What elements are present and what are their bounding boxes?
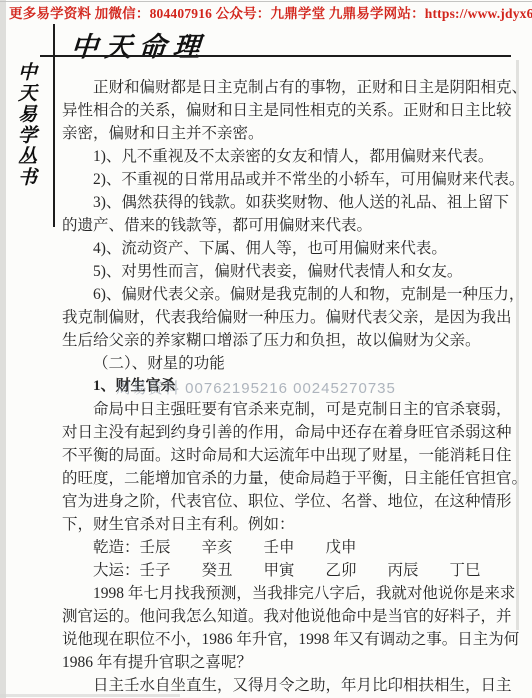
text-line: 1986 年有提升官职之喜呢？ xyxy=(62,651,514,674)
page-header-title: 中天命理 xyxy=(70,25,209,64)
sidebar-divider-rule xyxy=(53,24,55,227)
scan-edge-top xyxy=(0,1,532,2)
book-series-title: 中天易学丛书 xyxy=(12,62,39,207)
text-line: （二）、财星的功能 xyxy=(62,352,514,375)
text-line: 的遗产、借来的钱款等，都可用偏财来代表。 xyxy=(62,214,514,237)
text-line: 命局中日主强旺要有官杀来克制，可是克制日主的官杀衰弱， xyxy=(62,398,514,421)
text-line: 不平衡的局面。这时命局和大运流年中出现了财星，一能消耗日住 xyxy=(62,444,514,467)
text-line: 测官运的。他问我怎么知道。我对他说他命中是当官的好料子，并 xyxy=(62,605,514,628)
promo-banner: 更多易学资料 加微信：804407916 公众号：九鼎学堂 九鼎易学网站：htt… xyxy=(9,5,529,22)
text-line: 官为进身之阶，代表官位、职位、学位、名誉、地位，在这种情形 xyxy=(62,490,514,513)
text-line: 对日主没有起到约身引善的作用，命局中还存在着身旺官杀弱这种 xyxy=(62,421,514,444)
text-line: 乾造：壬辰 辛亥 壬申 戊申 xyxy=(62,536,514,559)
text-line: 1998 年七月找我预测，当我排完八字后，我就对他说你是来求 xyxy=(62,582,514,605)
scanned-book-page: 更多易学资料 加微信：804407916 公众号：九鼎学堂 九鼎易学网站：htt… xyxy=(0,0,532,698)
text-line: 1)、凡不重视及不太亲密的女友和情人，都用偏财来代表。 xyxy=(62,145,514,168)
text-line: 4)、流动资产、下属、佣人等，也可用偏财来代表。 xyxy=(62,237,514,260)
text-line: 5)、对男性而言，偏财代表妾，偏财代表情人和女友。 xyxy=(62,260,514,283)
text-line: 生后给父亲的养家糊口增添了压力和负担，故以偏财为父亲。 xyxy=(62,329,514,352)
text-line: 的旺度，二能增加官杀的力量，使命局趋于平衡，日主能任官担官。 xyxy=(62,467,514,490)
text-line: 异性相合的关系，偏财和日主是同性相克的关系。正财和日主比较 xyxy=(62,99,514,122)
text-line: 正财和偏财都是日主克制占有的事物，正财和日主是阴阳相克、 xyxy=(62,76,514,99)
text-line: 6)、偏财代表父亲。偏财是我克制的人和物，克制是一种压力， xyxy=(62,283,514,306)
text-line: 下，财生官杀对日主有利。例如： xyxy=(62,513,514,536)
text-line: 说他现在职位不小，1986 年升官，1998 年又有调动之事。日主为何 xyxy=(62,628,514,651)
text-line: 大运：壬子 癸丑 甲寅 乙卯 丙辰 丁巳 xyxy=(62,559,514,582)
header-divider-rule xyxy=(40,55,511,57)
scan-edge-left xyxy=(0,0,6,698)
text-line: 亲密，偏财和日主并不亲密。 xyxy=(62,122,514,145)
scan-edge-right xyxy=(516,60,519,630)
text-line: 3)、偶然获得的钱款。如获奖财物、他人送的礼品、祖上留下 xyxy=(62,191,514,214)
text-line: 2)、不重视的日常用品或并不常坐的小轿车，可用偏财来代表。 xyxy=(62,168,514,191)
watermark-text: 周易资料 00762195216 00245270735 xyxy=(116,377,396,398)
text-line: 我克制偏财，代表我给偏财一种压力。偏财代表父亲，是因为我出 xyxy=(62,306,514,329)
text-line: 日主壬水自坐直生，又得月令之助，年月比印相扶相生，日主 xyxy=(62,674,514,697)
